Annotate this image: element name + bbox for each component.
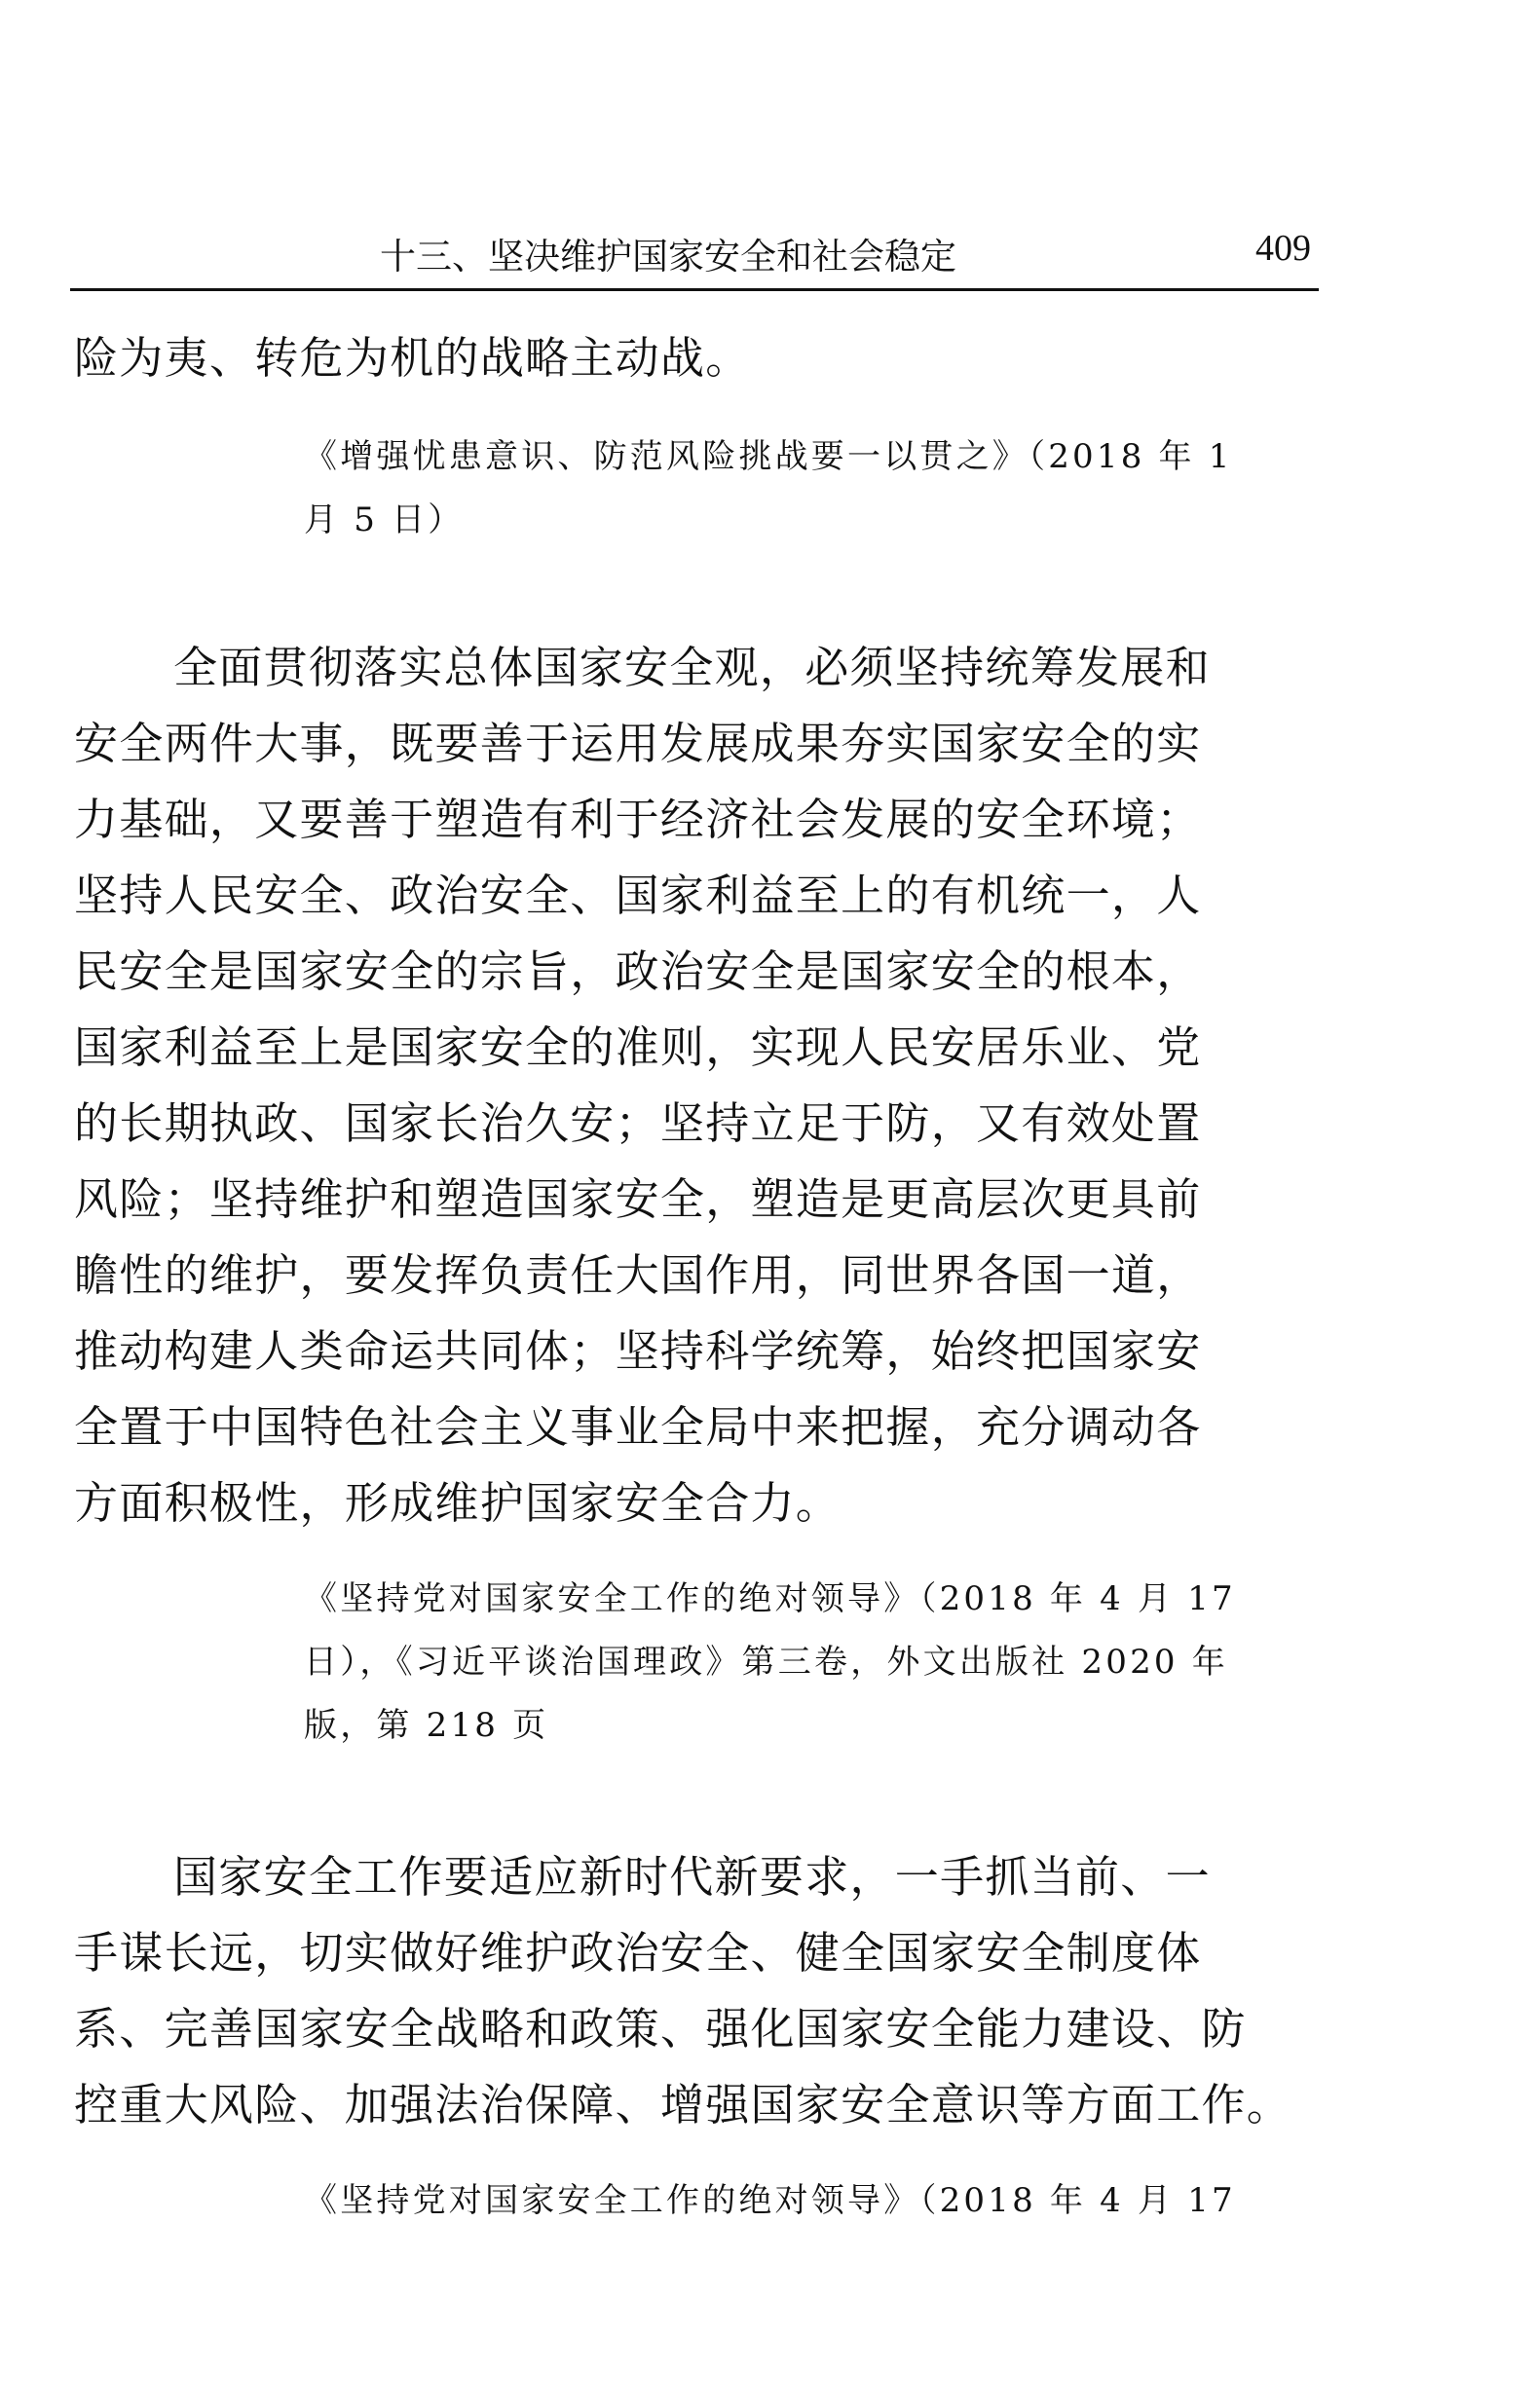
page-number: 409 [1255,227,1311,270]
paragraph-line: 方面积极性，形成维护国家安全合力。 [74,1474,841,1533]
paragraph-line: 推动构建人类命运共同体；坚持科学统筹，始终把国家安 [74,1322,1202,1381]
paragraph-line: 力基础，又要善于塑造有利于经济社会发展的安全环境； [74,791,1202,849]
paragraph-line: 控重大风险、加强法治保障、增强国家安全意识等方面工作。 [74,2076,1291,2134]
running-header: 十三、坚决维护国家安全和社会稳定 409 [70,219,1319,285]
paragraph-line: 全置于中国特色社会主义事业全局中来把握，充分调动各 [74,1398,1202,1457]
paragraph-line: 瞻性的维护，要发挥负责任大国作用，同世界各国一道， [74,1246,1202,1305]
citation-line: 月 5 日） [304,497,464,543]
header-rule [70,288,1319,291]
paragraph-line: 的长期执政、国家长治久安；坚持立足于防，又有效处置 [74,1094,1202,1153]
citation-line: 《坚持党对国家安全工作的绝对领导》（2018 年 4 月 17 [304,1575,1236,1622]
citation-line: 《增强忧患意识、防范风险挑战要一以贯之》（2018 年 1 [304,433,1233,480]
paragraph-line: 民安全是国家安全的宗旨，政治安全是国家安全的根本， [74,943,1202,1001]
paragraph-line: 国家安全工作要适应新时代新要求，一手抓当前、一 [173,1848,1211,1907]
citation-line: 日），《习近平谈治国理政》第三卷，外文出版社 2020 年 [304,1639,1228,1686]
paragraph-line: 坚持人民安全、政治安全、国家利益至上的有机统一，人 [74,867,1202,925]
running-title: 十三、坚决维护国家安全和社会稳定 [380,227,956,279]
citation-line: 版，第 218 页 [304,1702,548,1749]
citation-line: 《坚持党对国家安全工作的绝对领导》（2018 年 4 月 17 [304,2177,1236,2224]
paragraph-line: 全面贯彻落实总体国家安全观，必须坚持统筹发展和 [173,639,1211,697]
paragraph-line: 国家利益至上是国家安全的准则，实现人民安居乐业、党 [74,1019,1202,1077]
paragraph-line: 手谋长远，切实做好维护政治安全、健全国家安全制度体 [74,1924,1202,1982]
paragraph-continuation-line: 险为夷、转危为机的战略主动战。 [74,329,751,388]
paragraph-line: 系、完善国家安全战略和政策、强化国家安全能力建设、防 [74,2000,1247,2058]
paragraph-line: 风险；坚持维护和塑造国家安全，塑造是更高层次更具前 [74,1170,1202,1229]
paragraph-line: 安全两件大事，既要善于运用发展成果夯实国家安全的实 [74,715,1202,773]
